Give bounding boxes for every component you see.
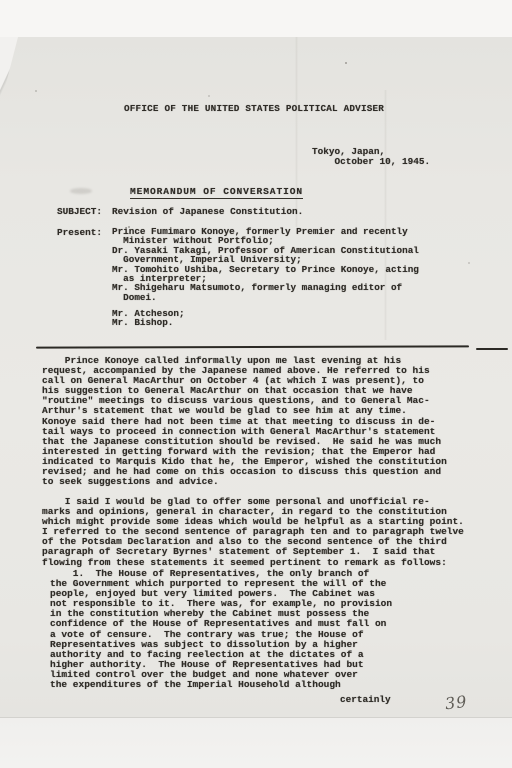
catchword: certainly	[340, 694, 391, 705]
scan-speck	[345, 62, 347, 64]
subject-label: SUBJECT:	[57, 206, 102, 217]
paper-crease	[384, 90, 387, 340]
scan-speck	[208, 95, 210, 97]
numbered-item-1: 1. The House of Representatives, the onl…	[50, 569, 392, 690]
dateline: Tokyo, Japan, October 10, 1945.	[312, 147, 430, 167]
separator-rule-dash	[476, 348, 508, 350]
present-attendees-list: Prince Fumimaro Konoye, formerly Premier…	[112, 227, 419, 302]
handwritten-page-number: 39	[444, 692, 469, 714]
body-paragraph-2: I said I would be glad to offer some per…	[42, 497, 464, 568]
subject-value: Revision of Japanese Constitution.	[112, 206, 303, 217]
scan-speck	[468, 262, 470, 264]
also-present-list: Mr. Atcheson; Mr. Bishop.	[112, 309, 185, 328]
scanned-document-page: OFFICE OF THE UNITED STATES POLITICAL AD…	[0, 0, 512, 768]
body-paragraph-1: Prince Konoye called informally upon me …	[42, 356, 447, 487]
letterhead-title: OFFICE OF THE UNITED STATES POLITICAL AD…	[124, 103, 384, 114]
document-title: MEMORANDUM OF CONVERSATION	[130, 186, 303, 199]
pencil-smudge	[70, 188, 92, 194]
present-label: Present:	[57, 227, 102, 238]
scanner-background	[0, 718, 512, 768]
scan-speck	[35, 90, 37, 92]
